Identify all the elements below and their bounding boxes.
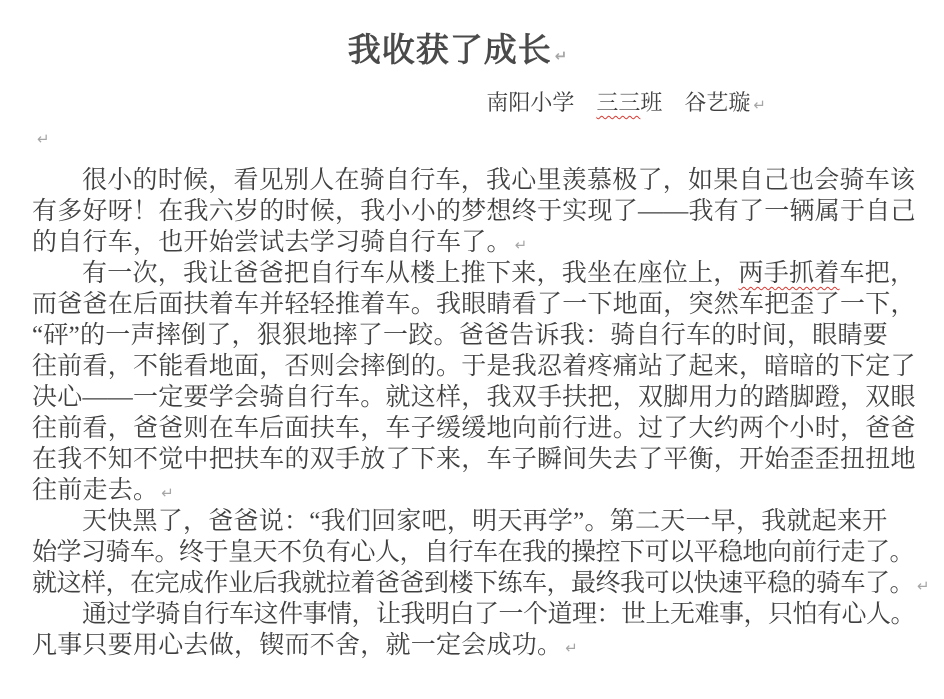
text-line: 就这样，在完成作业后我就拉着爸爸到楼下练车，最终我可以快速平稳的骑车了。↵ xyxy=(32,568,930,599)
text-run: 而爸爸在后面扶着车并轻轻推着车。我眼睛看了一下地面，突然车把歪了一下， xyxy=(32,291,916,318)
text-run: 天快黑了，爸爸说：“我们回家吧，明天再学”。第二天一早，我就起来开 xyxy=(82,508,887,535)
text-run: 有多好呀！在我六岁的时候，我小小的梦想终于实现了——我有了一辆属于自己 xyxy=(32,198,916,225)
paragraph-return-mark: ↵ xyxy=(515,236,528,254)
empty-paragraph[interactable]: ↵ xyxy=(34,125,944,153)
text-line: 始学习骑车。终于皇天不负有心人，自行车在我的操控下可以平稳地向前行走了。 xyxy=(32,537,930,568)
text-line: 的自行车，也开始尝试去学习骑自行车了。↵ xyxy=(32,227,930,258)
byline-text: 南阳小学 三三班 谷艺璇 xyxy=(486,90,750,115)
text-run: 凡事只要用心去做，锲而不舍，就一定会成功。 xyxy=(32,632,562,659)
text-line: 通过学骑自行车这件事情，让我明白了一个道理：世上无难事，只怕有心人。 xyxy=(32,599,930,630)
text-line: 有多好呀！在我六岁的时候，我小小的梦想终于实现了——我有了一辆属于自己 xyxy=(32,196,930,227)
text-line: 有一次，我让爸爸把自行车从楼上推下来，我坐在座位上，两手抓着车把， xyxy=(32,258,930,289)
text-line: “砰”的一声摔倒了，狠狠地摔了一跤。爸爸告诉我：骑自行车的时间，眼睛要 xyxy=(32,320,930,351)
text-line: 往前看，爸爸则在车后面扶车，车子缓缓地向前行进。过了大约两个小时，爸爸 xyxy=(32,413,930,444)
byline[interactable]: 南阳小学 三三班 谷艺璇↵ xyxy=(0,86,944,117)
paragraph[interactable]: 天快黑了，爸爸说：“我们回家吧，明天再学”。第二天一早，我就起来开始学习骑车。终… xyxy=(32,506,930,599)
text-line: 决心——一定要学会骑自行车。就这样，我双手扶把，双脚用力的踏脚蹬，双眼 xyxy=(32,382,930,413)
text-run: 决心——一定要学会骑自行车。就这样，我双手扶把，双脚用力的踏脚蹬，双眼 xyxy=(32,384,916,411)
paragraph[interactable]: 通过学骑自行车这件事情，让我明白了一个道理：世上无难事，只怕有心人。凡事只要用心… xyxy=(32,599,930,661)
text-run: 的自行车，也开始尝试去学习骑自行车了。 xyxy=(32,229,512,256)
paragraph[interactable]: 很小的时候，看见别人在骑自行车，我心里羡慕极了，如果自己也会骑车该有多好呀！在我… xyxy=(32,165,930,258)
document-page: 我收获了成长↵ 南阳小学 三三班 谷艺璇↵ ↵ 很小的时候，看见别人在骑自行车，… xyxy=(0,0,944,699)
paragraph-return-mark: ↵ xyxy=(161,484,174,502)
text-line: 在我不知不觉中把扶车的双手放了下来，车子瞬间失去了平衡，开始歪歪扭扭地 xyxy=(32,444,930,475)
misspelled-text: 两手抓着 xyxy=(739,260,840,287)
paragraph-return-mark: ↵ xyxy=(555,47,569,65)
paragraph-return-mark: ↵ xyxy=(565,639,578,657)
text-run: 往前走去。 xyxy=(32,477,158,504)
text-run: “砰”的一声摔倒了，狠狠地摔了一跤。爸爸告诉我：骑自行车的时间，眼睛要 xyxy=(32,322,888,349)
text-run: 往前看，不能看地面，否则会摔倒的。于是我忍着疼痛站了起来，暗暗的下定了 xyxy=(32,353,916,380)
paragraph[interactable]: 有一次，我让爸爸把自行车从楼上推下来，我坐在座位上，两手抓着车把，而爸爸在后面扶… xyxy=(32,258,930,506)
text-line: 凡事只要用心去做，锲而不舍，就一定会成功。↵ xyxy=(32,630,930,661)
text-run: 班 谷艺璇 xyxy=(640,90,750,115)
text-line: 天快黑了，爸爸说：“我们回家吧，明天再学”。第二天一早，我就起来开 xyxy=(32,506,930,537)
text-line: 往前看，不能看地面，否则会摔倒的。于是我忍着疼痛站了起来，暗暗的下定了 xyxy=(32,351,930,382)
text-run: 车把， xyxy=(840,260,916,287)
document-body: 很小的时候，看见别人在骑自行车，我心里羡慕极了，如果自己也会骑车该有多好呀！在我… xyxy=(32,165,930,661)
text-run: 往前看，爸爸则在车后面扶车，车子缓缓地向前行进。过了大约两个小时，爸爸 xyxy=(32,415,916,442)
paragraph-return-mark: ↵ xyxy=(753,96,766,114)
document-title[interactable]: 我收获了成长↵ xyxy=(0,0,944,71)
text-run: 在我不知不觉中把扶车的双手放了下来，车子瞬间失去了平衡，开始歪歪扭扭地 xyxy=(32,446,916,473)
text-line: 而爸爸在后面扶着车并轻轻推着车。我眼睛看了一下地面，突然车把歪了一下， xyxy=(32,289,930,320)
text-run: 通过学骑自行车这件事情，让我明白了一个道理：世上无难事，只怕有心人。 xyxy=(82,601,915,628)
paragraph-return-mark: ↵ xyxy=(917,577,929,595)
text-run: 有一次，我让爸爸把自行车从楼上推下来，我坐在座位上， xyxy=(82,260,739,287)
text-run: 始学习骑车。终于皇天不负有心人，自行车在我的操控下可以平稳地向前行走了。 xyxy=(32,539,914,566)
paragraph-return-mark: ↵ xyxy=(37,130,50,148)
text-run: 南阳小学 xyxy=(486,90,596,115)
text-line: 很小的时候，看见别人在骑自行车，我心里羡慕极了，如果自己也会骑车该 xyxy=(32,165,930,196)
misspelled-text: 三三 xyxy=(596,90,640,115)
text-line: 往前走去。↵ xyxy=(32,475,930,506)
text-run: 很小的时候，看见别人在骑自行车，我心里羡慕极了，如果自己也会骑车该 xyxy=(82,167,915,194)
title-text: 我收获了成长 xyxy=(348,33,552,69)
text-run: 就这样，在完成作业后我就拉着爸爸到楼下练车，最终我可以快速平稳的骑车了。 xyxy=(32,570,914,597)
